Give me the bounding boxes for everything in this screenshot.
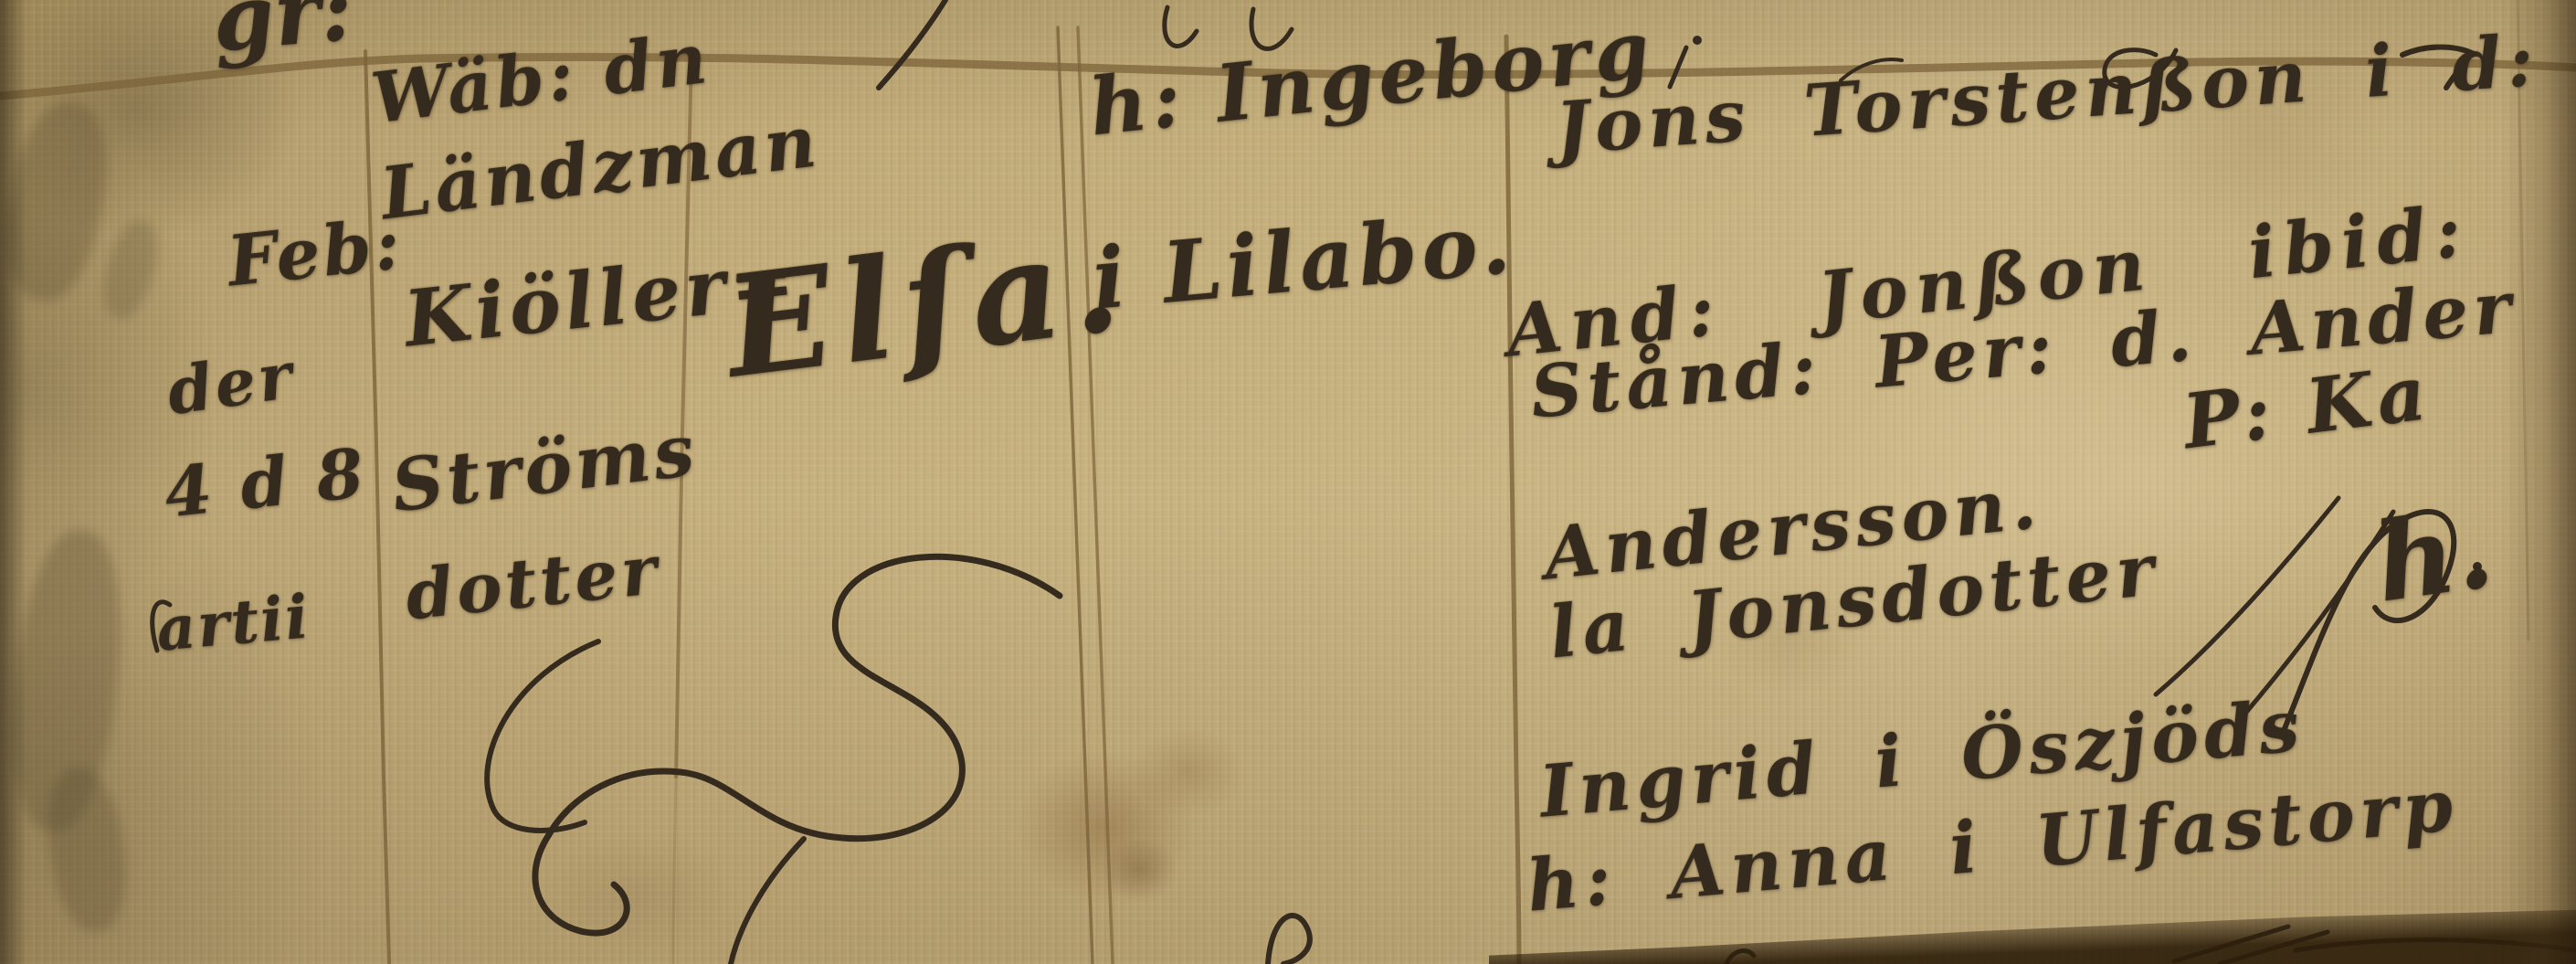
elsa-flourish-lower-tail (731, 839, 804, 964)
bottom-small-loop (1268, 916, 1310, 964)
column-rule-child-b (1078, 27, 1113, 964)
register-page-scan: gr: Feb: der 4 d 8 artii Wäb: dn Ländzma… (0, 0, 2576, 964)
date-line: artii (153, 580, 312, 664)
top-left-fragment: gr: (208, 0, 356, 72)
elsa-flourish-left-curve (487, 641, 598, 831)
top-loop-b (1165, 7, 1197, 46)
i-dot-fragment (1693, 36, 1702, 45)
column-rule-child-a (1058, 27, 1093, 964)
column-rule-godmother (1506, 37, 1519, 964)
next-row-start-fragment (1726, 950, 1754, 964)
witness-h-mark: h. (2368, 484, 2500, 626)
bottom-right-swash-1 (2174, 927, 2288, 961)
column-rule-parents-lower (673, 777, 676, 964)
top-center-stroke (879, 0, 945, 88)
bottom-right-underline (2296, 940, 2576, 950)
